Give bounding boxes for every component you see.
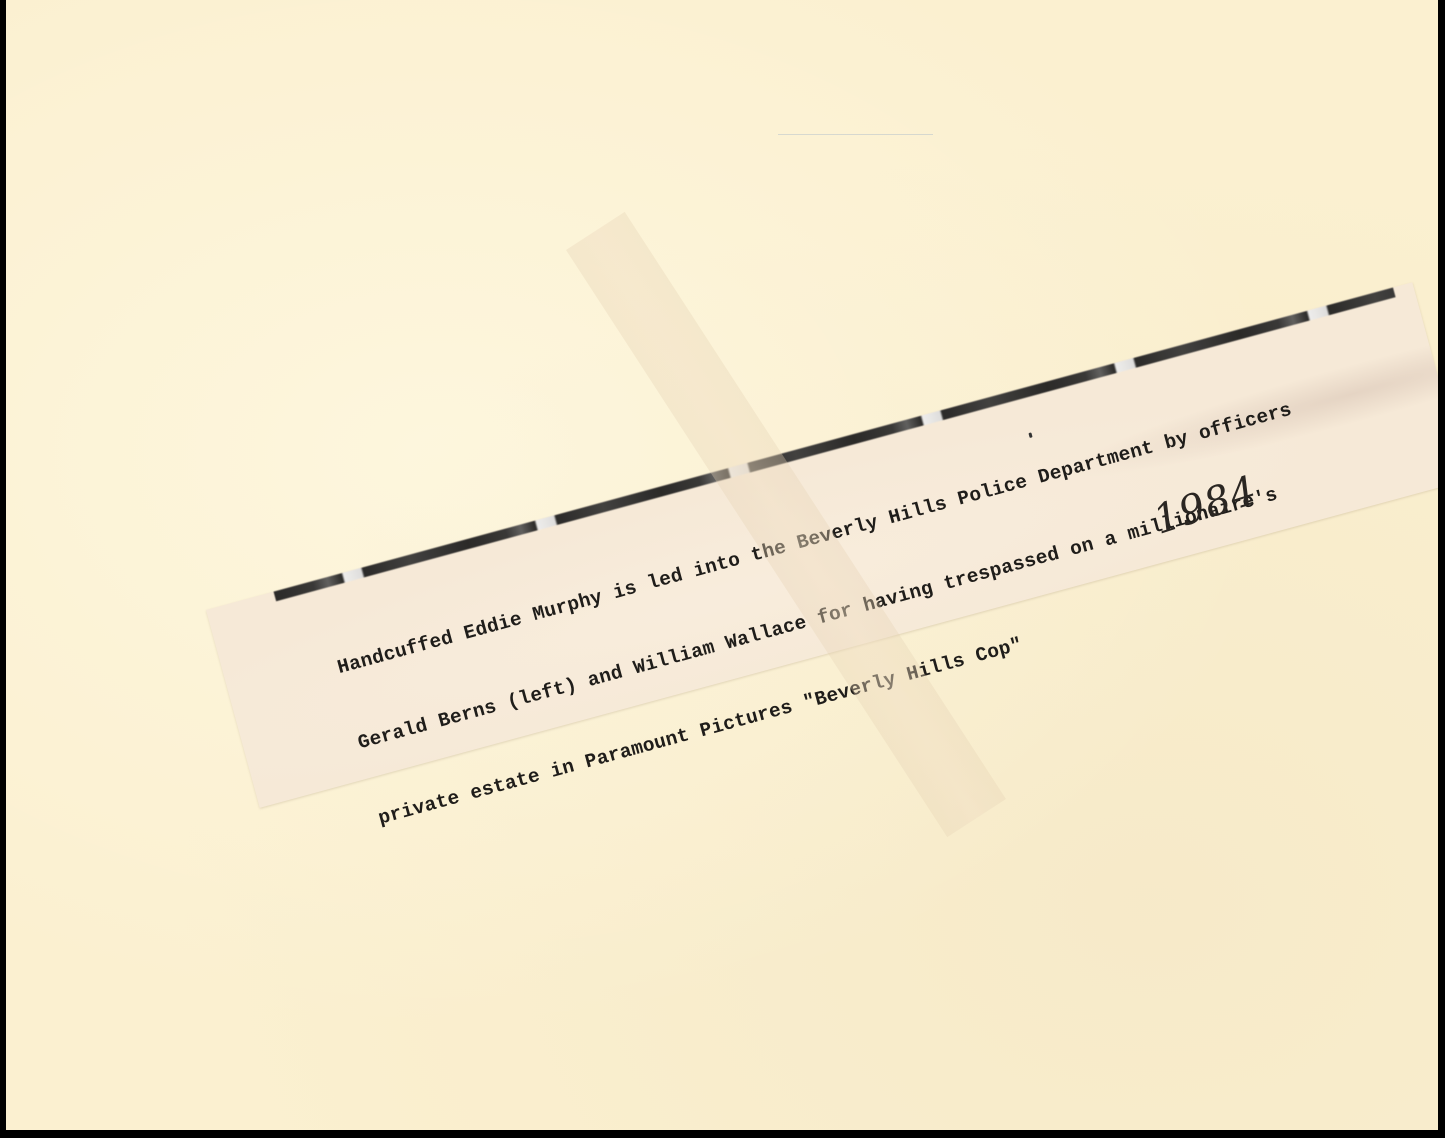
photo-back-paper: Handcuffed Eddie Murphy is led into the …	[6, 0, 1438, 1130]
faint-mark	[778, 134, 933, 135]
